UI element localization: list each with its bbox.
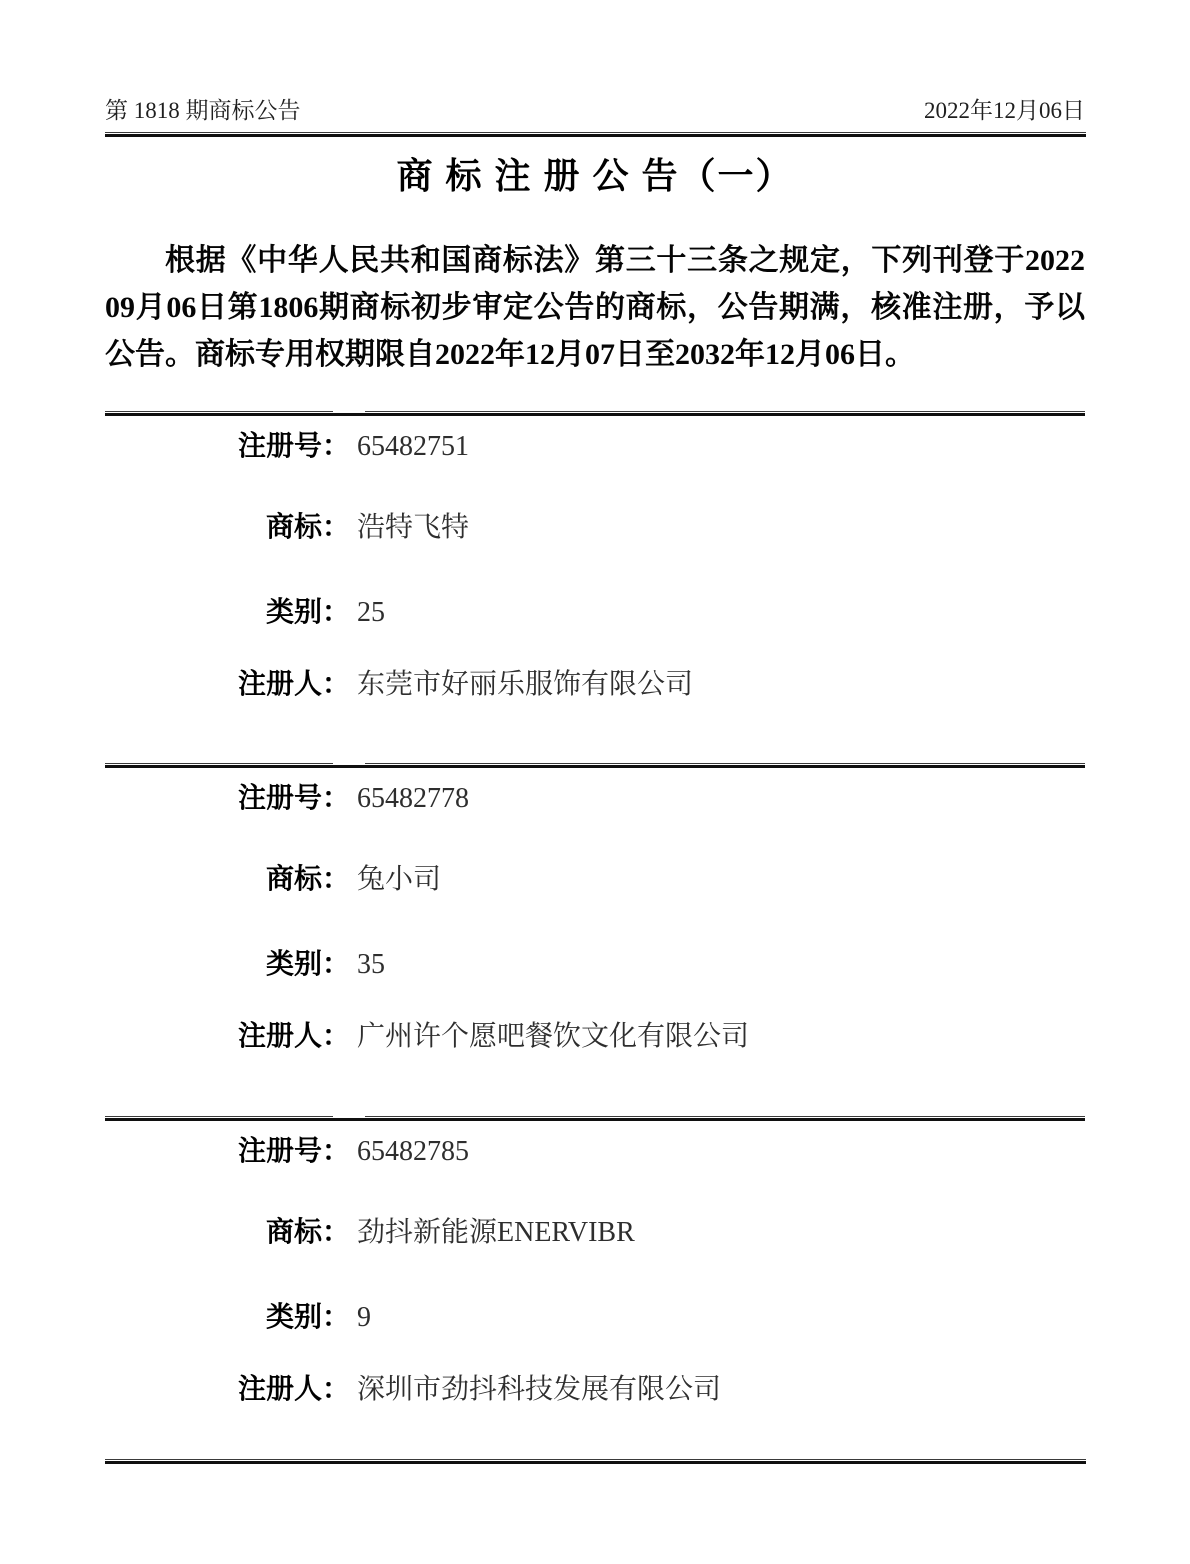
trademark-row: 商标： 劲抖新能源ENERVIBR bbox=[105, 1215, 1085, 1253]
gazette-date-label: 2022年12月06日 bbox=[924, 92, 1085, 125]
intro-line-3: 公告。商标专用权期限自2022年12月07日至2032年12月06日。 bbox=[105, 331, 1085, 378]
record-divider bbox=[105, 1116, 1085, 1121]
trademark-label: 商标： bbox=[105, 510, 350, 546]
trademark-record: 注册号： 65482751 商标： 浩特飞特 类别： 25 注册人： 东莞市好丽… bbox=[105, 411, 1085, 741]
registrant-label: 注册人： bbox=[105, 1019, 350, 1055]
record-divider bbox=[105, 411, 1085, 416]
intro-line-2: 09月06日第1806期商标初步审定公告的商标，公告期满，核准注册，予以 bbox=[105, 284, 1085, 331]
category-value: 9 bbox=[357, 1300, 371, 1336]
gazette-issue-label: 第 1818 期商标公告 bbox=[105, 92, 301, 125]
trademark-value: 兔小司 bbox=[357, 862, 441, 898]
header-divider bbox=[105, 132, 1086, 137]
registrant-value: 东莞市好丽乐服饰有限公司 bbox=[357, 667, 693, 703]
registrant-row: 注册人： 深圳市劲抖科技发展有限公司 bbox=[105, 1372, 1085, 1410]
trademark-record: 注册号： 65482785 商标： 劲抖新能源ENERVIBR 类别： 9 注册… bbox=[105, 1116, 1085, 1446]
registration-number-row: 注册号： 65482785 bbox=[105, 1134, 1085, 1172]
trademark-record: 注册号： 65482778 商标： 兔小司 类别： 35 注册人： 广州许个愿吧… bbox=[105, 763, 1085, 1093]
registration-number-row: 注册号： 65482778 bbox=[105, 781, 1085, 819]
trademark-row: 商标： 兔小司 bbox=[105, 862, 1085, 900]
registrant-label: 注册人： bbox=[105, 1372, 350, 1408]
registration-number-value: 65482785 bbox=[357, 1134, 469, 1170]
page-title: 商 标 注 册 公 告（一） bbox=[0, 148, 1190, 199]
registrant-value: 广州许个愿吧餐饮文化有限公司 bbox=[357, 1019, 749, 1055]
category-label: 类别： bbox=[105, 1300, 350, 1336]
page-bottom-divider bbox=[105, 1459, 1086, 1464]
category-label: 类别： bbox=[105, 595, 350, 631]
trademark-row: 商标： 浩特飞特 bbox=[105, 510, 1085, 548]
registration-number-value: 65482778 bbox=[357, 781, 469, 817]
registration-number-label: 注册号： bbox=[105, 781, 350, 817]
trademark-value: 浩特飞特 bbox=[357, 510, 469, 546]
registration-number-label: 注册号： bbox=[105, 429, 350, 465]
intro-line-1: 根据《中华人民共和国商标法》第三十三条之规定，下列刊登于2022年 bbox=[105, 237, 1085, 284]
category-label: 类别： bbox=[105, 947, 350, 983]
category-row: 类别： 25 bbox=[105, 595, 1085, 633]
registration-number-label: 注册号： bbox=[105, 1134, 350, 1170]
record-divider bbox=[105, 763, 1085, 768]
page-header: 第 1818 期商标公告 2022年12月06日 bbox=[105, 92, 1085, 125]
registration-number-value: 65482751 bbox=[357, 429, 469, 465]
category-row: 类别： 9 bbox=[105, 1300, 1085, 1338]
registrant-row: 注册人： 广州许个愿吧餐饮文化有限公司 bbox=[105, 1019, 1085, 1057]
trademark-label: 商标： bbox=[105, 862, 350, 898]
category-value: 25 bbox=[357, 595, 385, 631]
registration-number-row: 注册号： 65482751 bbox=[105, 429, 1085, 467]
intro-paragraph: 根据《中华人民共和国商标法》第三十三条之规定，下列刊登于2022年 09月06日… bbox=[105, 237, 1085, 378]
category-value: 35 bbox=[357, 947, 385, 983]
category-row: 类别： 35 bbox=[105, 947, 1085, 985]
gazette-page: 第 1818 期商标公告 2022年12月06日 商 标 注 册 公 告（一） … bbox=[0, 0, 1190, 1564]
registrant-value: 深圳市劲抖科技发展有限公司 bbox=[357, 1372, 721, 1408]
registrant-row: 注册人： 东莞市好丽乐服饰有限公司 bbox=[105, 667, 1085, 705]
trademark-value: 劲抖新能源ENERVIBR bbox=[357, 1215, 635, 1251]
trademark-label: 商标： bbox=[105, 1215, 350, 1251]
registrant-label: 注册人： bbox=[105, 667, 350, 703]
